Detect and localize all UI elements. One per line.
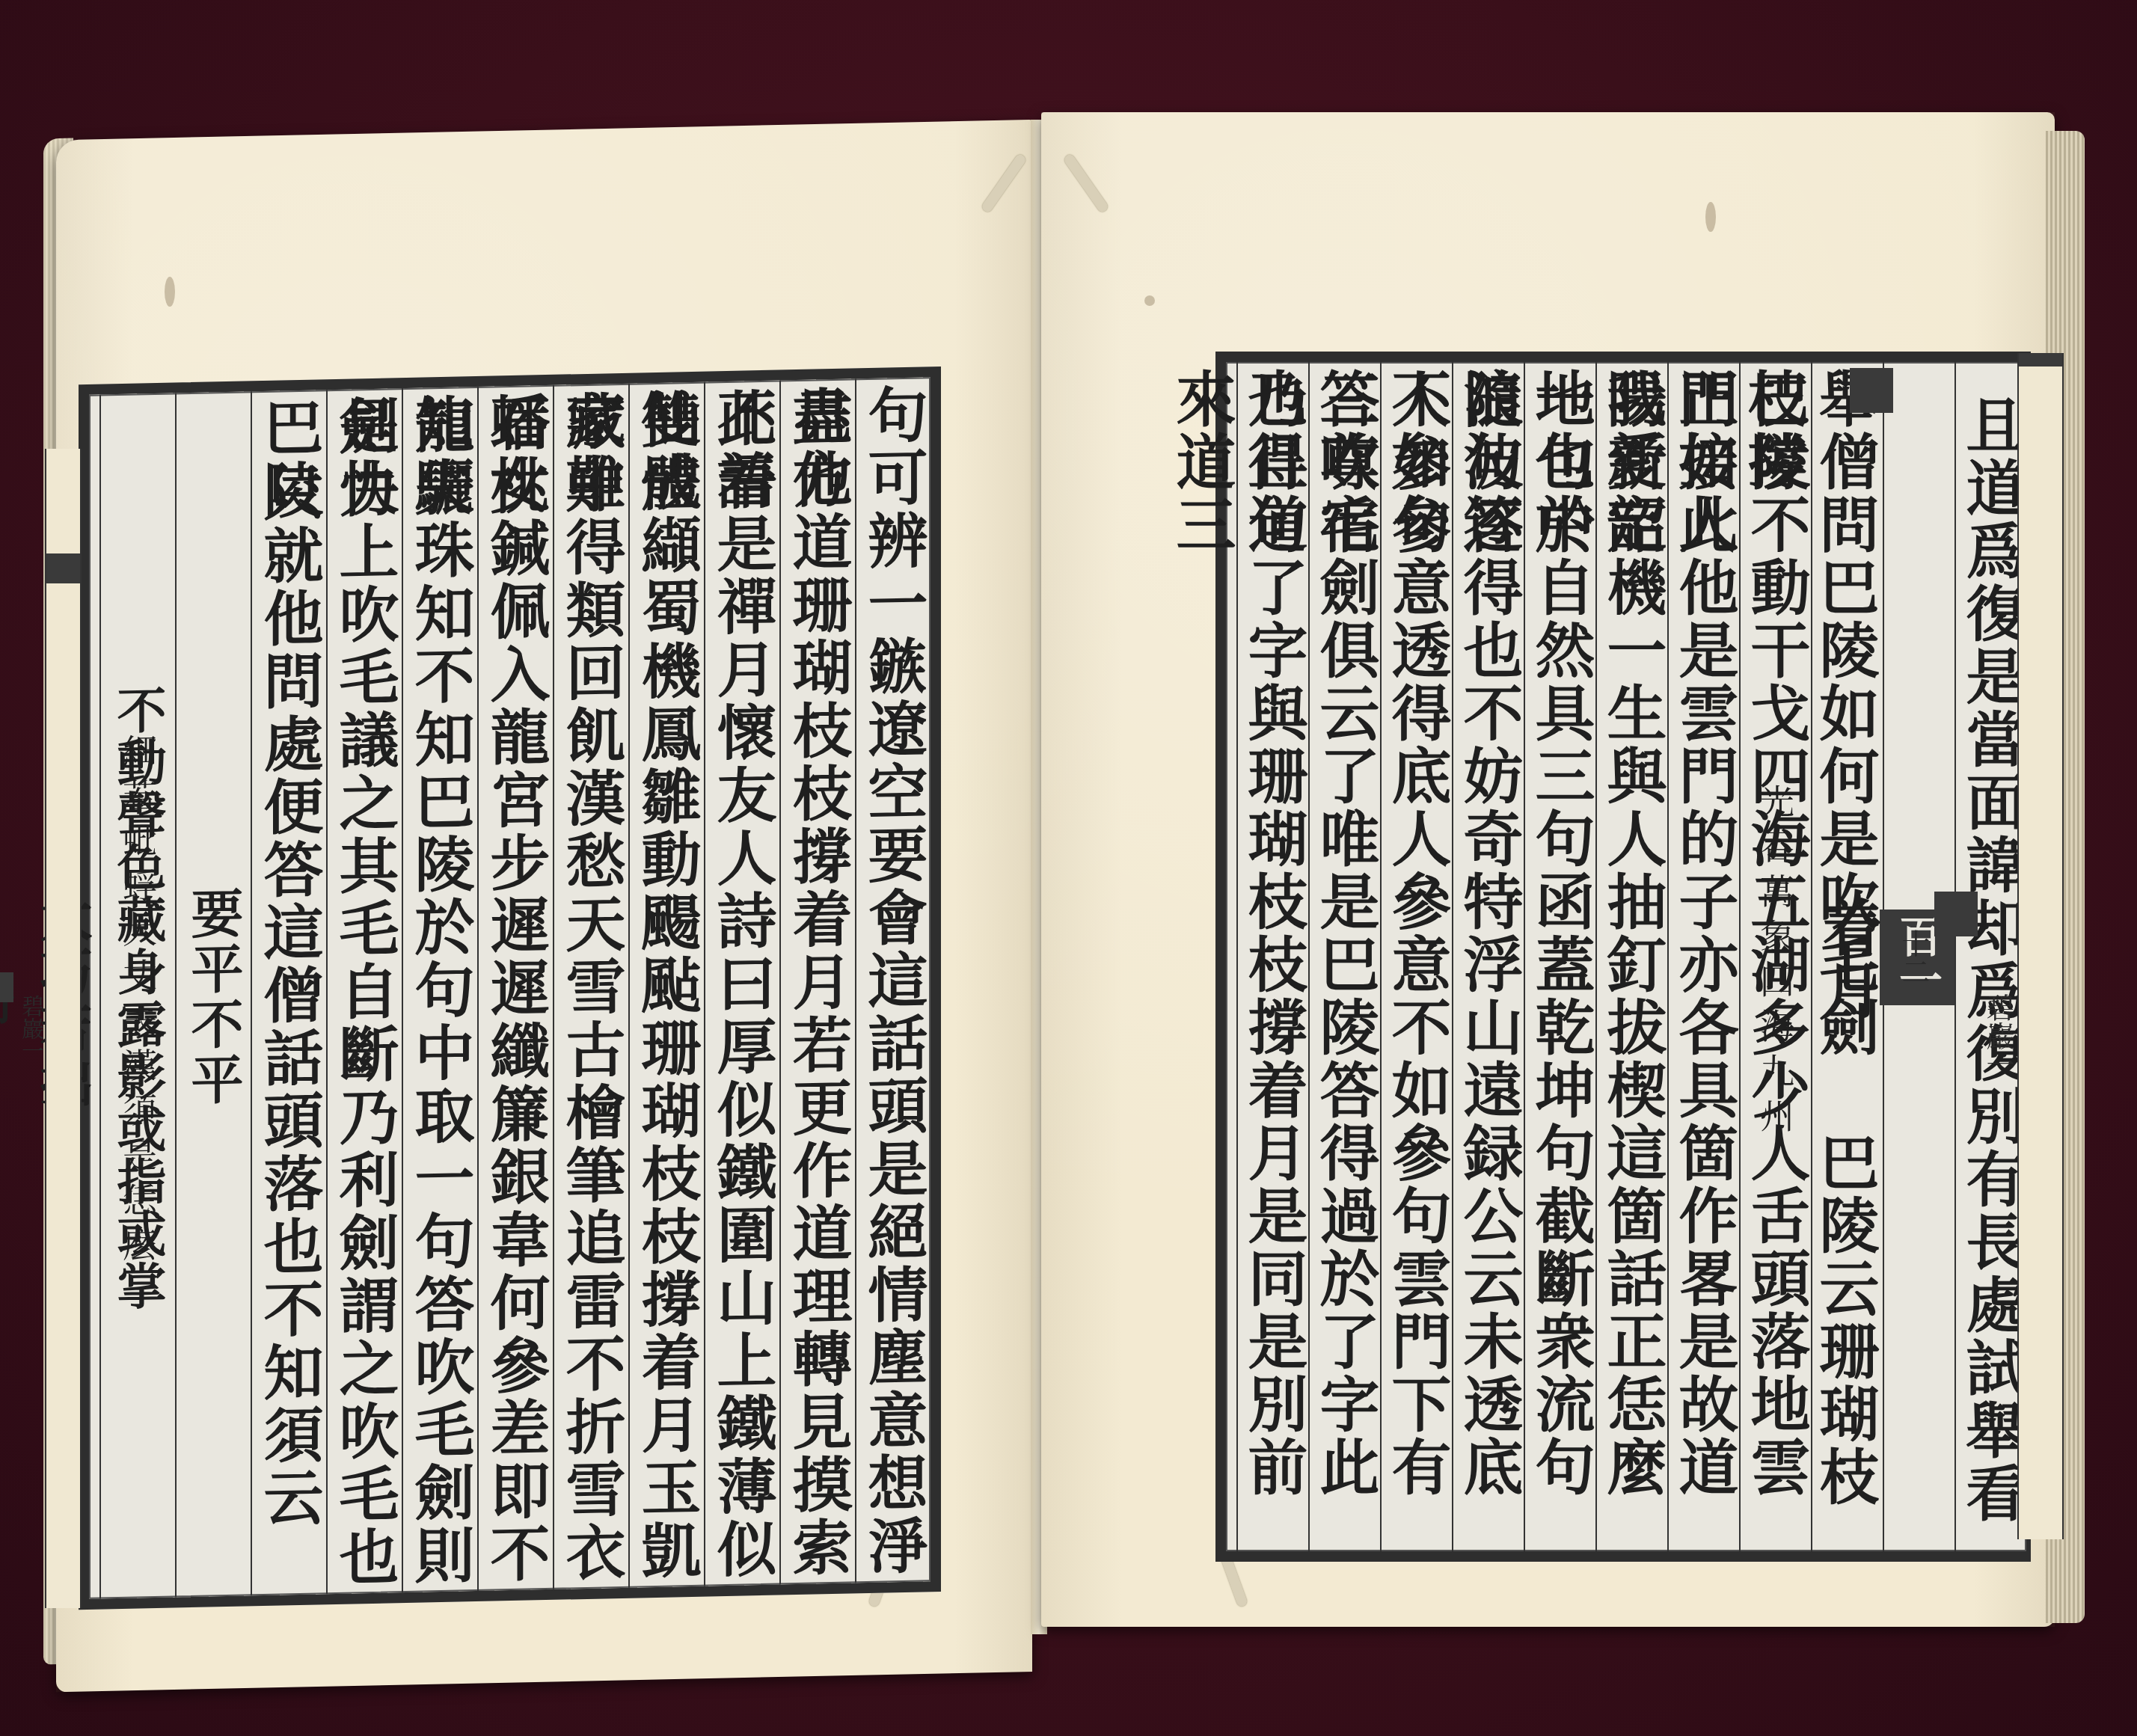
book-title-label: 碧巖一 — [13, 449, 46, 1608]
text-column: 正如此他是雲門的子亦各具箇作畧是故道我愛韶 — [1667, 362, 1739, 1551]
text-column: 劍力上吹毛議之其毛自斷乃利劍謂之吹毛也巴陵 — [326, 388, 402, 1594]
left-page-columns: 句可辨一鏃遼空要會這話頭是絕情塵意想淨盡方 見他道珊瑚枝枝撐着月若更作道理轉見摸… — [99, 377, 930, 1598]
page-number-label: 十二 — [1893, 375, 1934, 1539]
text-column: 陽新定機一生與人抽釘拔楔這箇話正恁麼地也於 — [1595, 362, 1667, 1551]
fish-tail-mark — [46, 553, 80, 583]
text-column: 蟠桃鍼佩入龍宮步遲遲纖簾銀韋何參差即不知驪 — [477, 385, 553, 1591]
text-column: 也且道了字與珊瑚枝枝撐着月是同是別前來道三 — [1236, 362, 1308, 1551]
book-title-label: 碧巖一 — [1978, 533, 2019, 1539]
text-column: 此語是禪月懷友人詩曰厚似鐵圍山上鐵薄似雙成 — [704, 381, 779, 1586]
text-column: 一句中自然具三句函蓋乾坤句截斷衆流句隨波逐 — [1524, 362, 1595, 1551]
fish-tail-mark — [1934, 892, 1978, 936]
text-column: 藏難得類回飢漢愁天雪古檜筆追雷不折雪衣石女 — [553, 384, 628, 1589]
fish-tail-mark — [0, 972, 13, 1002]
text-column: 龍失珠知不知巴陵於句中取一句答吹毛劍則是快 — [402, 387, 477, 1592]
wormhole-mark — [1144, 295, 1155, 306]
fish-tail-mark — [2019, 353, 2062, 366]
text-column: 句可辨一鏃遼空要會這話頭是絕情塵意想淨盡方 — [855, 377, 930, 1583]
fish-tail-mark — [1850, 368, 1893, 413]
text-column: 見他道珊瑚枝枝撐着月若更作道理轉見摸索不着 — [779, 378, 855, 1584]
wormhole-mark — [1705, 202, 1716, 232]
left-page-fore-edge-margin: 碧巖一 十七 — [45, 449, 82, 1608]
text-column: 着月 光吞萬象四海九州 — [1811, 362, 1883, 1551]
right-page-fore-edge-margin: 碧巖一 十二 — [2017, 353, 2064, 1539]
text-column: 只就他問處便答這僧話頭落也不知須云 — [251, 390, 326, 1595]
text-column: 不如參意透得底人參意不如參句雲門下有三尊宿 — [1380, 362, 1452, 1551]
left-page-text-frame: 句可辨一鏃遼空要會這話頭是絕情塵意想淨盡方 見他道珊瑚枝枝撐着月若更作道理轉見摸… — [79, 366, 941, 1610]
text-column: 仙體纈蜀機鳳雛動颺颭珊瑚枝枝撐着月玉凱家中 — [628, 382, 704, 1588]
text-column: 巴陵不動干戈四海五湖多少人舌頭落地雲門接人 — [1739, 362, 1811, 1551]
text-column: 要平不平 細若蚍蜉大丈夫漢須是恁麼 大巧若拙 — [175, 391, 251, 1597]
text-column: 不動聲色藏身露影或指或掌 看果然這箇不是 倚 — [99, 393, 175, 1598]
wormhole-mark — [165, 277, 175, 307]
text-column: 答吹毛劍俱云了唯是巴陵答得過於了字此乃得句 — [1308, 362, 1380, 1551]
text-column: 浪句答得也不妨奇特浮山遠録公云未透底人參句 — [1452, 362, 1524, 1551]
